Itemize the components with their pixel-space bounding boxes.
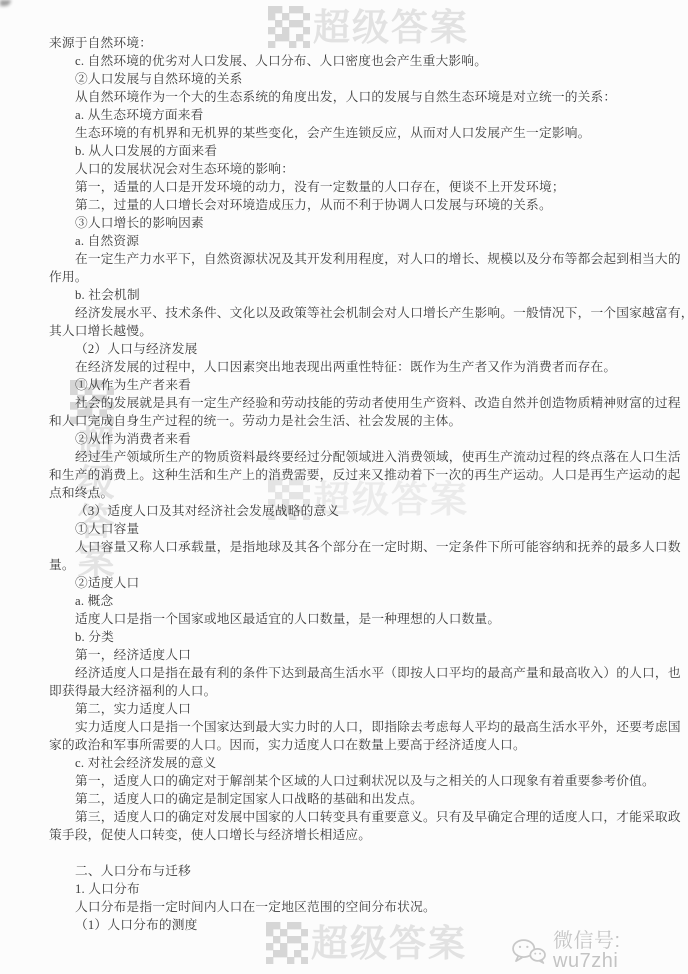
scanned-document-page: 超级答案 超级答案 超级答案 超级答案 来源于自然环境：c. 自然环境的优劣对人… [0,0,688,974]
text-line: 适度人口是指一个国家或地区最适宜的人口数量，是一种理想的人口数量。 [49,610,681,628]
scan-artifact-corner [0,0,11,6]
text-line: ①从作为生产者来看 [49,376,681,394]
text-line: 第二，适度人口的确定是制定国家人口战略的基础和出发点。 [49,790,681,808]
text-line: b. 社会机制 [49,286,681,304]
document-text-block: 来源于自然环境：c. 自然环境的优劣对人口发展、人口分布、人口密度也会产生重大影… [49,34,681,934]
text-line: ②从作为消费者来看 [49,430,681,448]
text-line: b. 从人口发展的方面来看 [49,142,681,160]
text-line: 1. 人口分布 [49,880,681,898]
text-line: a. 概念 [49,592,681,610]
text-line: 经过生产领域所生产的物质资料最终要经过分配领域进入消费领域，使再生产流动过程的终… [49,448,681,466]
text-line: ②适度人口 [49,574,681,592]
text-line: b. 分类 [49,628,681,646]
text-line: ①人口容量 [49,520,681,538]
text-line: 作用。 [49,268,681,286]
text-line: 从自然环境作为一个大的生态系统的角度出发，人口的发展与自然生态环境是对立统一的关… [49,88,681,106]
text-line: 量。 [49,556,681,574]
text-line: 在一定生产力水平下，自然资源状况及其开发利用程度，对人口的增长、规模以及分布等都… [49,250,681,268]
text-line: 第二，实力适度人口 [49,700,681,718]
text-line: 二、人口分布与迁移 [49,862,681,880]
text-line: 在经济发展的过程中，人口因素突出地表现出两重性特征：既作为生产者又作为消费者而存… [49,358,681,376]
text-line: 和人口完成自身生产过程的统一。劳动力是社会生活、社会发展的主体。 [49,412,681,430]
text-line: 第一，适度人口的确定对于解剖某个区域的人口过剩状况以及与之相关的人口现象有着重要… [49,772,681,790]
text-line: 点和终点。 [49,484,681,502]
text-line: 人口分布是指一定时间内人口在一定地区范围的空间分布状况。 [49,898,681,916]
text-line: 第二，过量的人口增长会对环境造成压力，从而不利于协调人口发展与环境的关系。 [49,196,681,214]
text-line: 实力适度人口是指一个国家达到最大实力时的人口，即指除去考虑每人平均的最高生活水平… [49,718,681,736]
text-line: 家的政治和军事所需要的人口。因而，实力适度人口在数量上要高于经济适度人口。 [49,736,681,754]
text-line: 来源于自然环境： [49,34,681,52]
wechat-icon [511,938,546,965]
text-line: 第一，适量的人口是开发环境的动力，没有一定数量的人口存在，便谈不上开发环境； [49,178,681,196]
text-line: 经济发展水平、技术条件、文化以及政策等社会机制会对人口增长产生影响。一般情况下，… [49,304,681,322]
text-line: a. 从生态环境方面来看 [49,106,681,124]
text-line: 人口容量又称人口承载量，是指地球及其各个部分在一定时期、一定条件下所可能容纳和抚… [49,538,681,556]
text-line: 和生产的消费上。这种生活和生产上的消费需要，反过来又推动着下一次的再生产运动。人… [49,466,681,484]
text-line: a. 自然资源 [49,232,681,250]
text-line: 社会的发展就是具有一定生产经验和劳动技能的劳动者使用生产资料、改造自然并创造物质… [49,394,681,412]
wechat-contact: 微信号: wu7zhi [511,931,688,971]
text-line: 生态环境的有机界和无机界的某些变化，会产生连锁反应，从而对人口发展产生一定影响。 [49,124,681,142]
wechat-id-text: 微信号: wu7zhi [553,931,688,971]
text-line: 其人口增长越慢。 [49,322,681,340]
text-line: 策手段，促使人口转变，使人口增长与经济增长相适应。 [49,826,681,844]
text-line: ②人口发展与自然环境的关系 [49,70,681,88]
text-line: c. 自然环境的优劣对人口发展、人口分布、人口密度也会产生重大影响。 [49,52,681,70]
text-line: c. 对社会经济发展的意义 [49,754,681,772]
text-line: ③人口增长的影响因素 [49,214,681,232]
text-line: （3）适度人口及其对经济社会发展战略的意义 [49,502,681,520]
text-line: （2）人口与经济发展 [49,340,681,358]
text-line: 第三，适度人口的确定对发展中国家的人口转变具有重要意义。只有及早确定合理的适度人… [49,808,681,826]
text-line: 即获得最大经济福利的人口。 [49,682,681,700]
text-line [49,844,681,862]
text-line: 第一，经济适度人口 [49,646,681,664]
text-line: 人口的发展状况会对生态环境的影响： [49,160,681,178]
text-line: （1）人口分布的测度 [49,916,681,934]
text-line: 经济适度人口是指在最有利的条件下达到最高生活水平（即按人口平均的最高产量和最高收… [49,664,681,682]
